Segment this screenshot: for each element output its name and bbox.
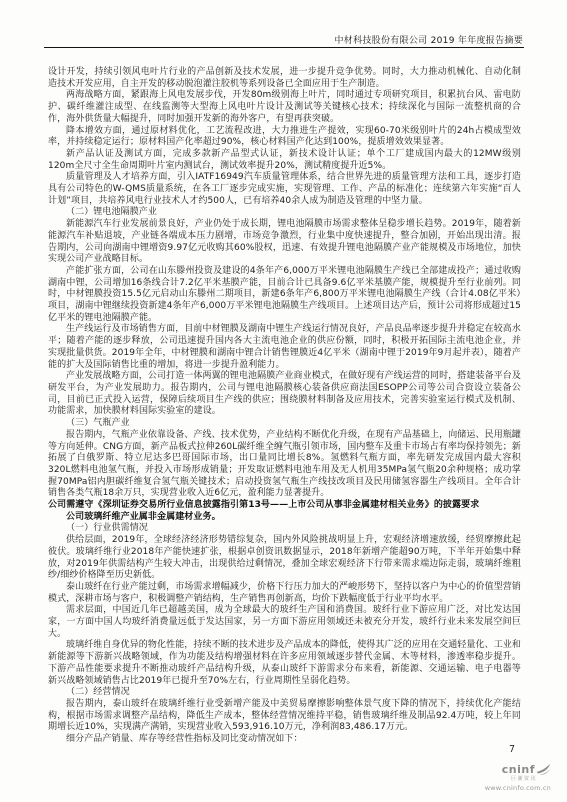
paragraph: 两海战略方面，紧跟海上风电发展步伐，开发80m级别海上叶片，同时通过专项研究项目… [48,90,521,125]
page-number: 7 [509,744,515,755]
disclosure-requirement-statement: 公司需遵守《深圳证券交易所行业信息披露指引第13号——上市公司从事非金属建材相关… [48,500,521,512]
paragraph: 泰山玻纤在行业产能过剩，市场需求增幅减少，价格下行压力加大的严峻形势下，坚持以客… [48,582,521,605]
paragraph: 设计开发，持续引领风电叶片行业的产品创新及技术发展，进一步提升竞争优势。同时，大… [48,67,521,90]
cninfo-logo-text: cninf [502,764,535,776]
section-heading: （三）气瓶产业 [48,418,521,430]
disclosure-requirement-statement: 公司玻璃纤维产业属非金属建材业务。 [48,512,521,524]
section-heading: （二）经营情况 [48,687,521,699]
paragraph: 产业发展战略方面，公司打造一体两翼的锂电池隔膜产业商业模式，在做好现有产线运营的… [48,371,521,418]
document-body: 设计开发，持续引领风电叶片行业的产品创新及技术发展，进一步提升竞争优势。同时，大… [48,67,521,746]
cninfo-swoosh-icon [536,763,551,776]
cninfo-url: www.cninfo.com.cn [485,785,551,792]
paragraph: 新能源汽车行业发展前景良好，产业仍处于成长期，锂电池隔膜市场需求整体呈稳步增长趋… [48,219,521,266]
paragraph: 细分产品产销量、库存等经营性指标及同比变动情况如下： [48,734,521,746]
section-heading: （一）行业供需情况 [48,523,521,535]
paragraph: 需求层面，中国近几年已超越美国，成为全球最大的玻纤生产国和消费国。玻纤行业下游应… [48,605,521,640]
paragraph: 降本增效方面，通过原材料优化，工艺流程改进，大力推进生产提效，实现60-70米级… [48,126,521,149]
paragraph: 新产品认证及测试方面，完成多款新产品型式认证，新技术设计认证；单个工厂建成国内最… [48,149,521,172]
header-divider [44,47,524,48]
paragraph: 报告期内，气瓶产业依靠设备、产线、技术优势，产业结构不断优化升级，在现有产品基础… [48,430,521,500]
paragraph: 产能扩张方面，公司在山东滕州投资及建设的4条年产6,000万平米锂电池隔膜生产线… [48,266,521,325]
cninfo-chinese-label: 巨潮资讯 [485,777,537,783]
paragraph: 生产线运行及市场销售方面，目前中材锂膜及湖南中锂生产线运行情况良好，产品良品率逐… [48,324,521,371]
paragraph: 供给层面，2019年，全球经济经济形势错综复杂，国内外风险挑战明显上升，宏观经济… [48,535,521,582]
page-header-title: 中材科技股份有限公司 2019 年年度报告摘要 [334,33,523,46]
cninfo-watermark: cninf 巨潮资讯 www.cninfo.com.cn [485,763,551,792]
paragraph: 玻璃纤维自身优异的物化性能，持续不断的技术进步及产品成本的降低，使得其广泛的应用… [48,640,521,687]
report-page: 中材科技股份有限公司 2019 年年度报告摘要 设计开发，持续引领风电叶片行业的… [0,0,567,802]
section-heading: （二）锂电池隔膜产业 [48,207,521,219]
paragraph: 报告期内，泰山玻纤在玻璃纤维行业受新增产能及中美贸易摩擦影响整体景气度下降的情况… [48,699,521,734]
paragraph: 质量管理及人才培养方面，引入IATF16949汽车质量管理体系，结合世界先进的质… [48,172,521,207]
